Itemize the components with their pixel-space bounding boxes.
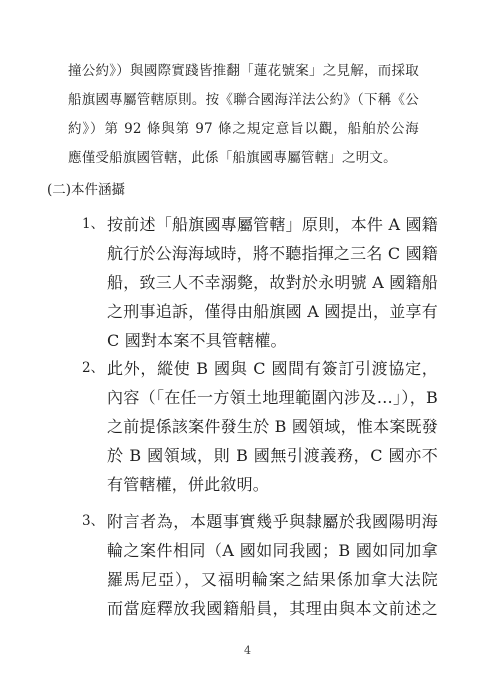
intro-paragraph: 撞公約》）與國際實踐皆推翻「蓮花號案」之見解，而採取 船旗國專屬管轄原則。按《聯… [68, 57, 419, 173]
text-line: 有管轄權，併此敘明。 [107, 470, 438, 499]
list-item-number: 2、 [82, 354, 107, 383]
text-line: 內容（「在任一方領土地理範圍內涉及…」），B 國有引渡義務 [107, 383, 438, 412]
text-line: 船旗國專屬管轄原則。按《聯合國海洋法公約》（下稱《公 [68, 86, 419, 115]
page-number: 4 [0, 644, 495, 658]
text-line: 撞公約》）與國際實踐皆推翻「蓮花號案」之見解，而採取 [68, 57, 419, 86]
document-page: 撞公約》）與國際實踐皆推翻「蓮花號案」之見解，而採取 船旗國專屬管轄原則。按《聯… [0, 0, 495, 700]
list-item: 按前述「船旗國專屬管轄」原則，本件 A 國籍貨輪永明號係 航行於公海海域時，將不… [107, 210, 438, 355]
text-line: 應僅受船旗國管轄，此係「船旗國專屬管轄」之明文。 [68, 144, 419, 173]
text-line: 於 B 國領域，則 B 國無引渡義務，C 國亦不得以此主張其具 [107, 441, 438, 470]
text-line: 羅馬尼亞），又福明輪案之結果係加拿大法院自認無管轄權 [107, 565, 438, 594]
text-line: 按前述「船旗國專屬管轄」原則，本件 A 國籍貨輪永明號係 [107, 210, 438, 239]
text-line: 之前提係該案件發生於 B 國領域，惟本案既發生於公海，非 [107, 412, 438, 441]
section-heading: (二)本件涵攝 [47, 176, 125, 205]
text-line: 約》）第 92 條與第 97 條之規定意旨以觀，船舶於公海上， [68, 115, 419, 144]
text-line: 附言者為，本題事實幾乎與隸屬於我國陽明海運公司之福明 [107, 507, 438, 536]
text-line: 船，致三人不幸溺斃，故對於永明號 A 國籍船長與管理幹部 [107, 268, 438, 297]
list-item: 附言者為，本題事實幾乎與隸屬於我國陽明海運公司之福明 輪之案件相同（A 國如同我… [107, 507, 438, 623]
list-item-number: 3、 [82, 507, 107, 536]
text-line: 而當庭釋放我國籍船員，其理由與本文前述之理由相同。最 [107, 594, 438, 623]
text-line: 此外，縱使 B 國與 C 國間有簽訂引渡協定，惟細究該協定之 [107, 354, 438, 383]
text-line: C 國對本案不具管轄權。 [107, 326, 438, 355]
text-line: 輪之案件相同（A 國如同我國；B 國如同加拿大；C 國如同 [107, 536, 438, 565]
text-line: 航行於公海海域時，將不聽指揮之三名 C 國籍船員驅逐離 [107, 239, 438, 268]
list-item-number: 1、 [82, 210, 107, 239]
text-line: 之刑事追訴，僅得由船旗國 A 國提出，並享有專屬管轄權， [107, 297, 438, 326]
list-item: 此外，縱使 B 國與 C 國間有簽訂引渡協定，惟細究該協定之 內容（「在任一方領… [107, 354, 438, 499]
